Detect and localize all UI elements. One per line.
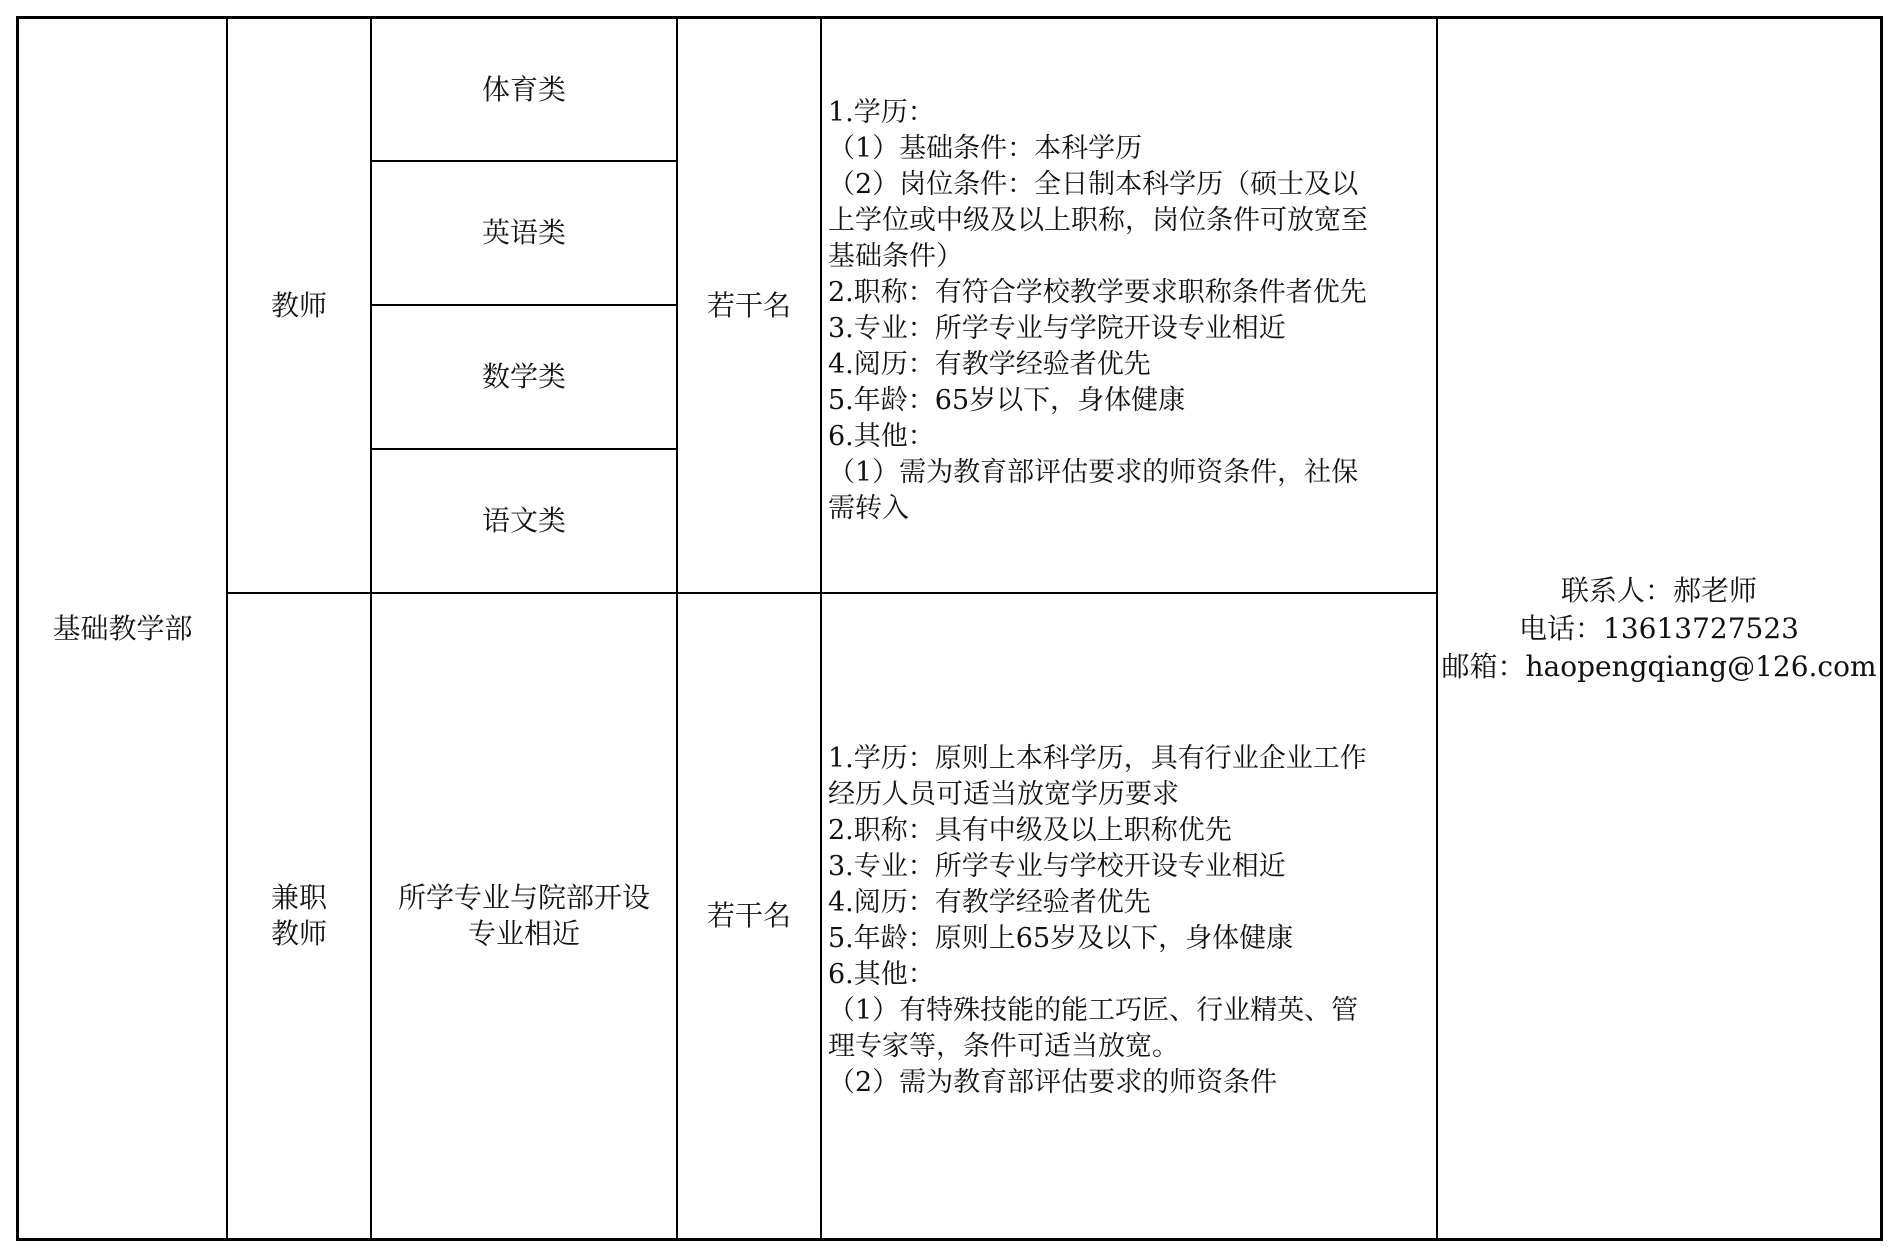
department-cell: 基础教学部 (19, 19, 226, 1238)
requirements-text: 1.学历：原则上本科学历，具有行业企业工作 经历人员可适当放宽学历要求 2.职称… (822, 741, 1436, 1101)
requirement-line: 2.职称：具有中级及以上职称优先 (828, 813, 1432, 849)
major-label: 专业相近 (468, 916, 580, 952)
recruitment-table: 基础教学部 教师 体育类 英语类 数学类 语文类 若干名 1.学历： （1）基础… (16, 16, 1883, 1241)
position-cell: 兼职 教师 (228, 594, 370, 1238)
requirement-line: 5.年龄：原则上65岁及以下，身体健康 (828, 921, 1432, 957)
contact-cell: 联系人：郝老师 电话：13613727523 邮箱：haopengqiang@1… (1438, 19, 1880, 1238)
requirement-line: 6.其他： (828, 419, 1432, 455)
count-cell: 若干名 (678, 594, 820, 1238)
department-label: 基础教学部 (52, 611, 192, 647)
category-cell: 体育类 (372, 19, 676, 160)
requirement-line: 4.阅历：有教学经验者优先 (828, 347, 1432, 383)
category-label: 语文类 (482, 503, 566, 539)
requirement-line: （2）需为教育部评估要求的师资条件 (828, 1065, 1432, 1101)
requirement-line: 6.其他： (828, 957, 1432, 993)
category-cell: 数学类 (372, 306, 676, 448)
category-label: 英语类 (482, 215, 566, 251)
requirement-line: （1）基础条件：本科学历 (828, 131, 1432, 167)
requirement-line: 理专家等，条件可适当放宽。 (828, 1029, 1432, 1065)
contact-email: 邮箱：haopengqiang@126.com (1442, 648, 1877, 686)
requirement-line: 3.专业：所学专业与学校开设专业相近 (828, 849, 1432, 885)
requirement-line: （1）有特殊技能的能工巧匠、行业精英、管 (828, 993, 1432, 1029)
contact-phone: 电话：13613727523 (1519, 610, 1799, 648)
requirement-line: 5.年龄：65岁以下，身体健康 (828, 383, 1432, 419)
position-label: 教师 (271, 288, 327, 324)
position-cell: 教师 (228, 19, 370, 592)
count-label: 若干名 (707, 898, 791, 934)
requirement-line: （2）岗位条件：全日制本科学历（硕士及以 (828, 167, 1432, 203)
major-label: 所学专业与院部开设 (398, 880, 650, 916)
contact-person: 联系人：郝老师 (1561, 572, 1757, 610)
requirement-line: 1.学历：原则上本科学历，具有行业企业工作 (828, 741, 1432, 777)
count-cell: 若干名 (678, 19, 820, 592)
requirement-line: 经历人员可适当放宽学历要求 (828, 777, 1432, 813)
requirement-line: 3.专业：所学专业与学院开设专业相近 (828, 311, 1432, 347)
position-label: 教师 (271, 916, 327, 952)
category-label: 体育类 (482, 72, 566, 108)
count-label: 若干名 (707, 288, 791, 324)
requirement-line: 基础条件） (828, 239, 1432, 275)
category-cell: 英语类 (372, 162, 676, 304)
requirement-line: 需转入 (828, 491, 1432, 527)
requirements-text: 1.学历： （1）基础条件：本科学历 （2）岗位条件：全日制本科学历（硕士及以 … (822, 95, 1436, 527)
requirement-line: 2.职称：有符合学校教学要求职称条件者优先 (828, 275, 1432, 311)
position-label: 兼职 (271, 880, 327, 916)
major-cell: 所学专业与院部开设 专业相近 (372, 594, 676, 1238)
requirement-line: 1.学历： (828, 95, 1432, 131)
category-cell: 语文类 (372, 450, 676, 592)
requirement-line: 上学位或中级及以上职称，岗位条件可放宽至 (828, 203, 1432, 239)
requirement-line: 4.阅历：有教学经验者优先 (828, 885, 1432, 921)
requirement-line: （1）需为教育部评估要求的师资条件，社保 (828, 455, 1432, 491)
category-label: 数学类 (482, 359, 566, 395)
